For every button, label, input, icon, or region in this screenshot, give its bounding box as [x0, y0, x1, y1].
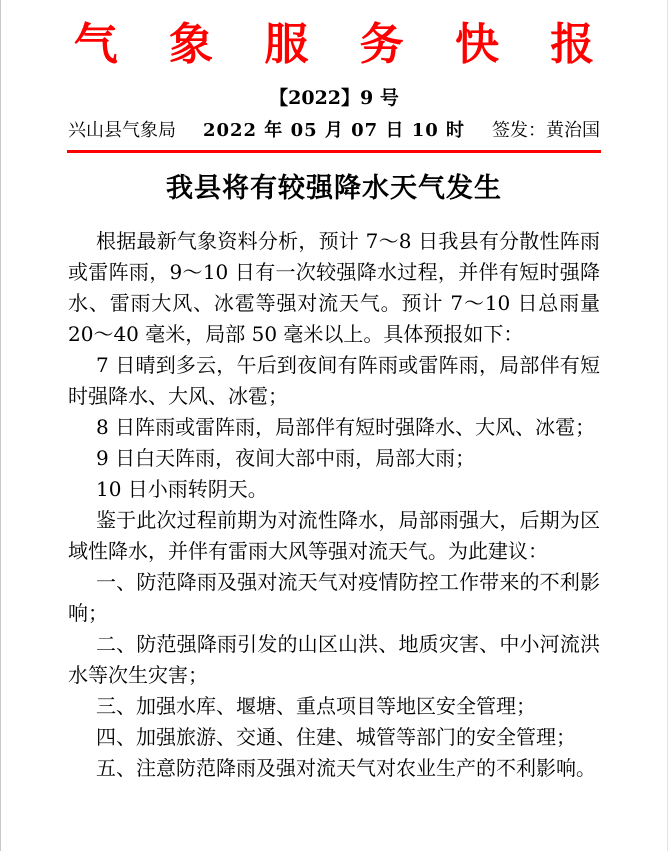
document-body: 根据最新气象资料分析，预计 7～8 日我县有分散性阵雨或雷阵雨，9～10 日有一…	[68, 226, 600, 784]
body-paragraph: 鉴于此次过程前期为对流性降水，局部雨强大，后期为区域性降水，并伴有雷雨大风等强对…	[68, 505, 600, 567]
issue-datetime: 2022 年 05 月 07 日 10 时	[203, 119, 465, 143]
header-divider	[67, 150, 601, 153]
bulletin-page: 气 象 服 务 快 报 【2022】9 号 兴山县气象局 2022 年 05 月…	[0, 0, 668, 851]
document-headline: 我县将有较强降水天气发生	[1, 172, 667, 205]
body-paragraph: 三、加强水库、堰塘、重点项目等地区安全管理；	[68, 691, 600, 722]
body-paragraph: 五、注意防范降雨及强对流天气对农业生产的不利影响。	[68, 753, 600, 784]
masthead-title: 气 象 服 务 快 报	[1, 0, 667, 74]
issue-number: 【2022】9 号	[1, 86, 667, 110]
body-paragraph: 8 日阵雨或雷阵雨，局部伴有短时强降水、大风、冰雹；	[68, 412, 600, 443]
body-paragraph: 9 日白天阵雨，夜间大部中雨，局部大雨；	[68, 443, 600, 474]
signer: 签发：黄治国	[492, 119, 600, 143]
body-paragraph: 根据最新气象资料分析，预计 7～8 日我县有分散性阵雨或雷阵雨，9～10 日有一…	[68, 226, 600, 350]
body-paragraph: 10 日小雨转阴天。	[68, 474, 600, 505]
body-paragraph: 7 日晴到多云，午后到夜间有阵雨或雷阵雨，局部伴有短时强降水、大风、冰雹；	[68, 350, 600, 412]
body-paragraph: 一、防范降雨及强对流天气对疫情防控工作带来的不利影响；	[68, 567, 600, 629]
body-paragraph: 二、防范强降雨引发的山区山洪、地质灾害、中小河流洪水等次生灾害；	[68, 629, 600, 691]
meta-row: 兴山县气象局 2022 年 05 月 07 日 10 时 签发：黄治国	[68, 119, 600, 143]
issuing-agency: 兴山县气象局	[68, 119, 176, 143]
body-paragraph: 四、加强旅游、交通、住建、城管等部门的安全管理；	[68, 722, 600, 753]
